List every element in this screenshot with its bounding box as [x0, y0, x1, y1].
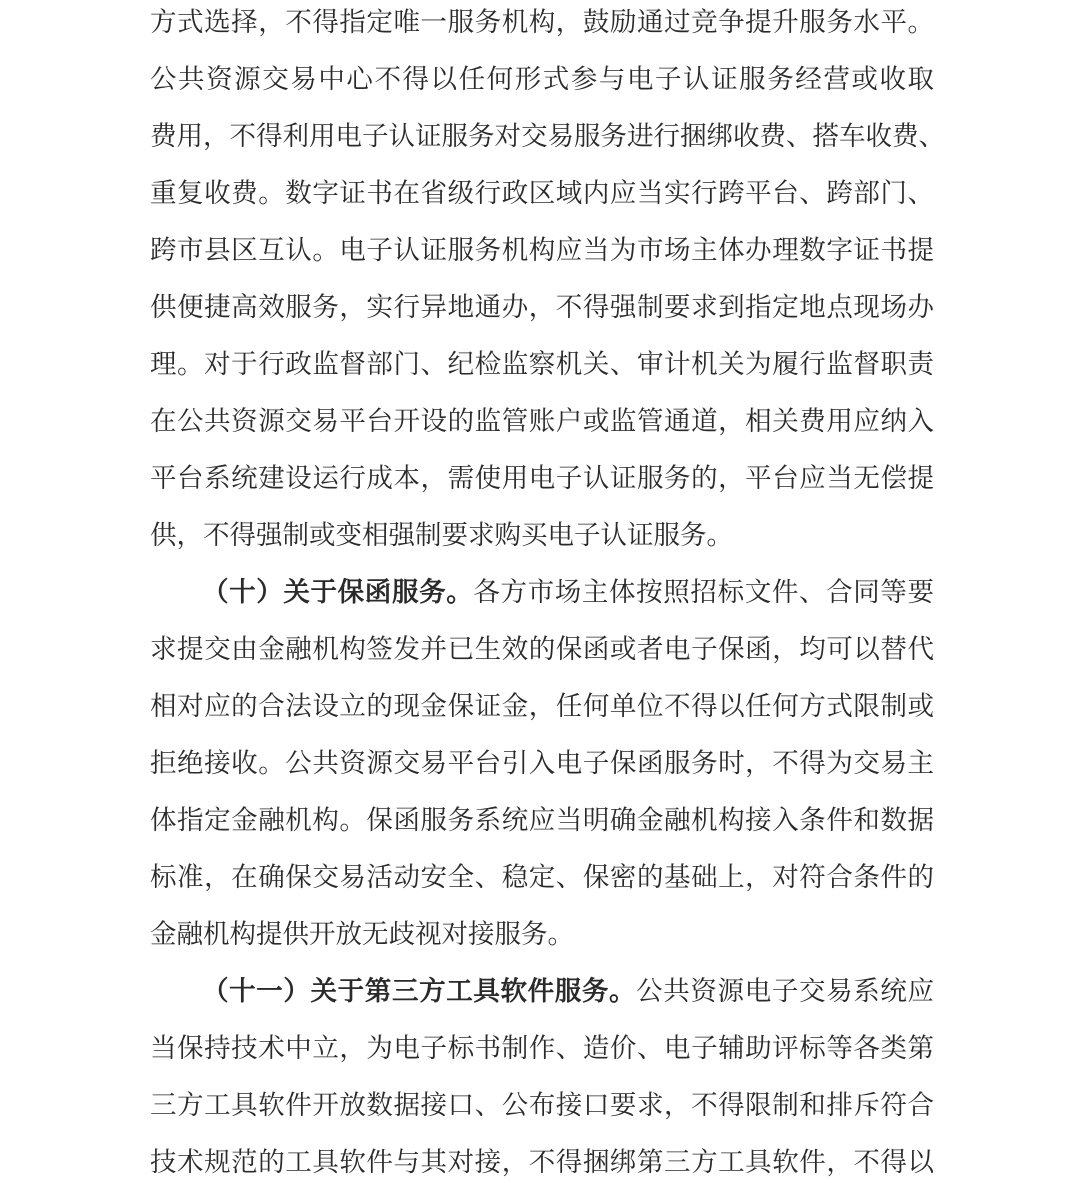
section-heading-10: （十）关于保函服务。 [202, 577, 473, 608]
text-line: 供便捷高效服务，实行异地通办，不得强制要求到指定地点现场办 [150, 279, 934, 336]
text-run: 公共资源电子交易系统应 [636, 976, 934, 1007]
text-line: 标准，在确保交易活动安全、稳定、保密的基础上，对符合条件的 [150, 849, 934, 906]
text-line: 三方工具软件开放数据接口、公布接口要求，不得限制和排斥符合 [150, 1077, 934, 1134]
text-line: 金融机构提供开放无歧视对接服务。 [150, 906, 934, 963]
text-line: 跨市县区互认。电子认证服务机构应当为市场主体办理数字证书提 [150, 222, 934, 279]
text-line: 费用，不得利用电子认证服务对交易服务进行捆绑收费、搭车收费、 [150, 108, 934, 165]
text-line: 拒绝接收。公共资源交易平台引入电子保函服务时，不得为交易主 [150, 735, 934, 792]
paragraph-continuation: 方式选择，不得指定唯一服务机构，鼓励通过竞争提升服务水平。 公共资源交易中心不得… [150, 0, 934, 564]
paragraph-first-line: （十）关于保函服务。各方市场主体按照招标文件、合同等要 [150, 564, 934, 621]
text-line: 方式选择，不得指定唯一服务机构，鼓励通过竞争提升服务水平。 [150, 0, 934, 51]
text-line: 公共资源交易中心不得以任何形式参与电子认证服务经营或收取 [150, 51, 934, 108]
text-line: 平台系统建设运行成本，需使用电子认证服务的，平台应当无偿提 [150, 450, 934, 507]
text-line: 供，不得强制或变相强制要求购买电子认证服务。 [150, 507, 934, 564]
paragraph-section-10: （十）关于保函服务。各方市场主体按照招标文件、合同等要 求提交由金融机构签发并已… [150, 564, 934, 963]
section-heading-11: （十一）关于第三方工具软件服务。 [202, 976, 636, 1007]
text-line: 技术规范的工具软件与其对接，不得捆绑第三方工具软件，不得以 [150, 1134, 934, 1183]
text-line: 求提交由金融机构签发并已生效的保函或者电子保函，均可以替代 [150, 621, 934, 678]
paragraph-first-line: （十一）关于第三方工具软件服务。公共资源电子交易系统应 [150, 963, 934, 1020]
text-line: 体指定金融机构。保函服务系统应当明确金融机构接入条件和数据 [150, 792, 934, 849]
text-line: 相对应的合法设立的现金保证金，任何单位不得以任何方式限制或 [150, 678, 934, 735]
text-line: 当保持技术中立，为电子标书制作、造价、电子辅助评标等各类第 [150, 1020, 934, 1077]
text-run: 各方市场主体按照招标文件、合同等要 [473, 577, 934, 608]
text-line: 理。对于行政监督部门、纪检监察机关、审计机关为履行监督职责 [150, 336, 934, 393]
document-page: 方式选择，不得指定唯一服务机构，鼓励通过竞争提升服务水平。 公共资源交易中心不得… [150, 0, 934, 1183]
paragraph-section-11: （十一）关于第三方工具软件服务。公共资源电子交易系统应 当保持技术中立，为电子标… [150, 963, 934, 1183]
text-line: 在公共资源交易平台开设的监管账户或监管通道，相关费用应纳入 [150, 393, 934, 450]
text-line: 重复收费。数字证书在省级行政区域内应当实行跨平台、跨部门、 [150, 165, 934, 222]
